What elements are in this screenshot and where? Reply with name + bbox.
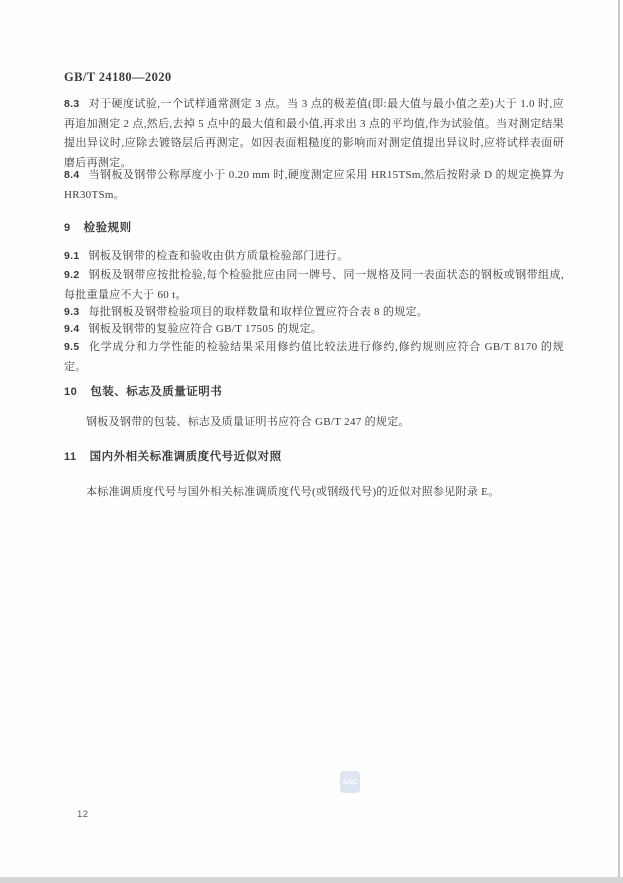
sac-watermark-label: SAC [343,779,358,786]
section-title: 包装、标志及质量证明书 [90,386,222,398]
clause-9-4: 9.4钢板及钢带的复验应符合 GB/T 17505 的规定。 [64,320,564,340]
section-title: 国内外相关标准调质度代号近似对照 [90,451,282,463]
clause-number: 9.1 [64,250,80,262]
section-number: 11 [64,451,77,463]
section-number: 9 [64,222,71,234]
page-number: 12 [77,809,89,820]
paragraph-11: 本标准调质度代号与国外相关标准调质度代号(或钢级代号)的近似对照参见附录 E。 [64,483,564,503]
clause-text: 对于硬度试验,一个试样通常测定 3 点。当 3 点的极差值(即:最大值与最小值之… [64,98,564,169]
clause-9-5: 9.5化学成分和力学性能的检验结果采用修约值比较法进行修约,修约规则应符合 GB… [64,338,564,377]
section-heading-10: 10包装、标志及质量证明书 [64,383,564,403]
clause-text: 当钢板及钢带公称厚度小于 0.20 mm 时,硬度测定应采用 HR15TSm,然… [64,169,564,201]
sac-watermark-logo-icon: SAC [340,771,360,793]
document-number-header: GB/T 24180—2020 [64,70,172,85]
clause-text: 每批钢板及钢带检验项目的取样数量和取样位置应符合表 8 的规定。 [89,306,429,318]
clause-number: 9.4 [64,323,80,335]
clause-text: 钢板及钢带应按批检验,每个检验批应由同一牌号、同一规格及同一表面状态的钢板或钢带… [64,269,564,301]
scanned-page: GB/T 24180—2020 8.3对于硬度试验,一个试样通常测定 3 点。当… [0,0,623,883]
scan-edge-bottom [0,877,623,883]
clause-number: 8.3 [64,98,80,110]
clause-number: 9.2 [64,269,80,281]
paragraph-10: 钢板及钢带的包装、标志及质量证明书应符合 GB/T 247 的规定。 [64,413,564,433]
clause-text: 钢板及钢带的检查和验收由供方质量检验部门进行。 [89,250,349,262]
clause-number: 9.5 [64,341,80,353]
section-title: 检验规则 [84,222,132,234]
clause-9-1: 9.1钢板及钢带的检查和验收由供方质量检验部门进行。 [64,247,564,267]
section-heading-11: 11国内外相关标准调质度代号近似对照 [64,448,564,468]
scan-edge-right [618,0,620,883]
paragraph-text: 本标准调质度代号与国外相关标准调质度代号(或钢级代号)的近似对照参见附录 E。 [86,486,500,498]
section-heading-9: 9检验规则 [64,219,564,239]
paragraph-text: 钢板及钢带的包装、标志及质量证明书应符合 GB/T 247 的规定。 [86,416,410,428]
section-number: 10 [64,386,77,398]
clause-number: 9.3 [64,306,80,318]
clause-9-2: 9.2钢板及钢带应按批检验,每个检验批应由同一牌号、同一规格及同一表面状态的钢板… [64,266,564,305]
clause-text: 钢板及钢带的复验应符合 GB/T 17505 的规定。 [89,323,323,335]
clause-number: 8.4 [64,169,80,181]
clause-8-4: 8.4当钢板及钢带公称厚度小于 0.20 mm 时,硬度测定应采用 HR15TS… [64,166,564,205]
clause-8-3: 8.3对于硬度试验,一个试样通常测定 3 点。当 3 点的极差值(即:最大值与最… [64,95,564,173]
clause-text: 化学成分和力学性能的检验结果采用修约值比较法进行修约,修约规则应符合 GB/T … [64,341,564,373]
